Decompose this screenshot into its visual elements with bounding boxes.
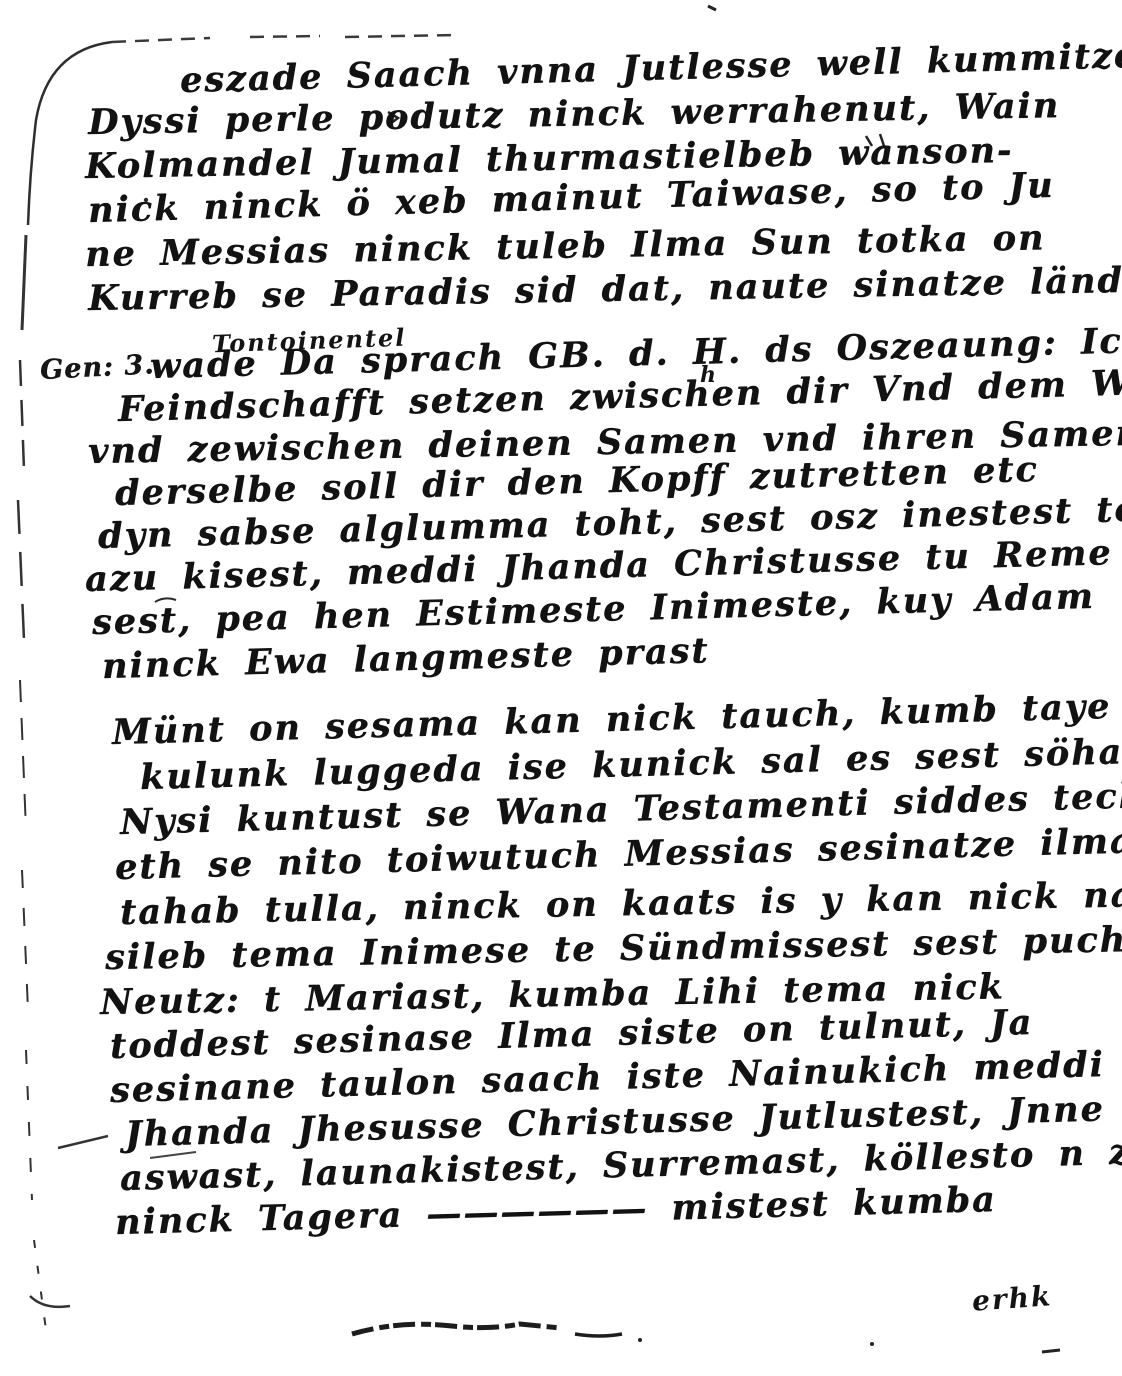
catchword: erhk [971, 1279, 1053, 1318]
margin-note-genesis-3: Gen: 3. [39, 349, 155, 386]
manuscript-scan-page: Gen: 3. Tontoinentel h eszade Saach vnna… [0, 0, 1122, 1376]
